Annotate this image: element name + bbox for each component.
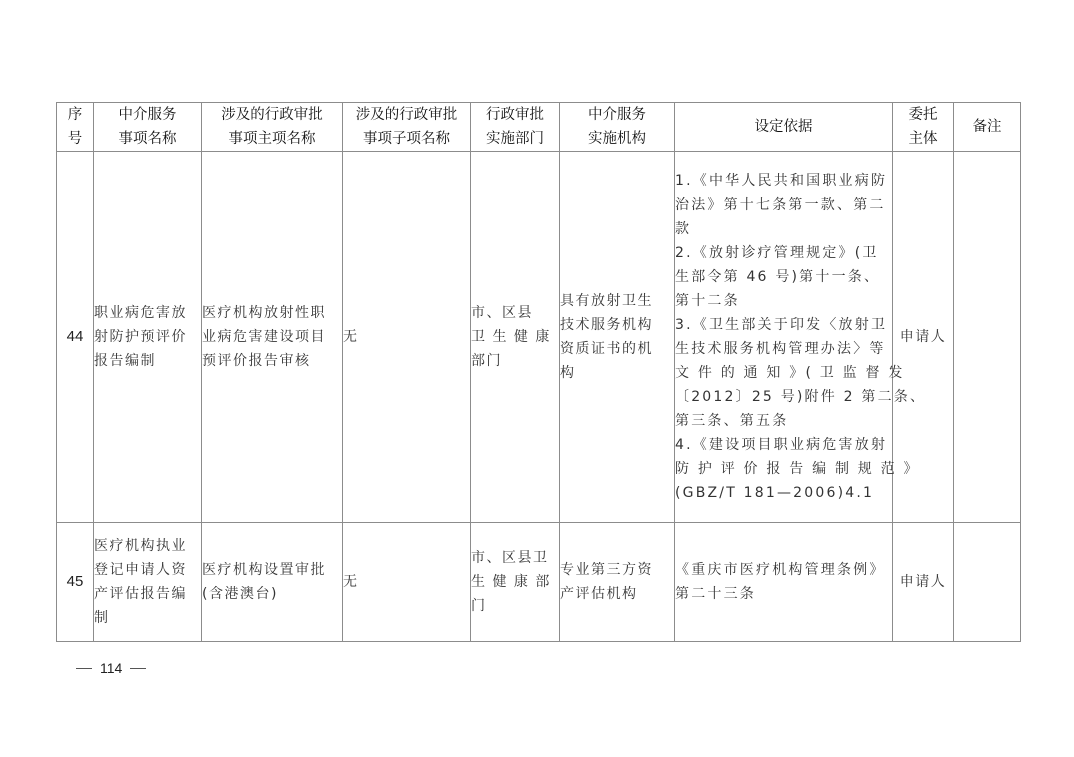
page-footer: 114 <box>76 660 146 676</box>
page-number: 114 <box>100 660 122 676</box>
row-seq: 44 <box>57 152 94 523</box>
header-approval-department: 行政审批 实施部门 <box>471 103 560 152</box>
table-row: 45 医疗机构执业 登记申请人资 产评估报告编 制 医疗机构设置审批 (含港澳台… <box>57 523 1021 642</box>
row-sub-approval-item: 无 <box>343 152 471 523</box>
row-remarks <box>954 523 1021 642</box>
row-service-agency: 具有放射卫生 技术服务机构 资质证书的机 构 <box>560 152 675 523</box>
row-sub-approval-item: 无 <box>343 523 471 642</box>
header-sub-approval-item: 涉及的行政审批 事项子项名称 <box>343 103 471 152</box>
row-remarks <box>954 152 1021 523</box>
row-approval-department: 市、区县 卫 生 健 康 部门 <box>471 152 560 523</box>
row-service-name: 医疗机构执业 登记申请人资 产评估报告编 制 <box>94 523 202 642</box>
row-approval-department: 市、区县卫 生 健 康 部 门 <box>471 523 560 642</box>
row-entrusting-party: 申请人 <box>893 523 954 642</box>
header-service-name: 中介服务 事项名称 <box>94 103 202 152</box>
document-page: 序 号 中介服务 事项名称 涉及的行政审批 事项主项名称 涉及的行政审批 事项子… <box>0 0 1074 757</box>
row-main-approval-item: 医疗机构设置审批 (含港澳台) <box>202 523 343 642</box>
row-service-name: 职业病危害放 射防护预评价 报告编制 <box>94 152 202 523</box>
intermediary-services-table: 序 号 中介服务 事项名称 涉及的行政审批 事项主项名称 涉及的行政审批 事项子… <box>56 102 1021 642</box>
header-remarks: 备注 <box>954 103 1021 152</box>
header-seq: 序 号 <box>57 103 94 152</box>
dash-right-icon <box>130 668 146 669</box>
header-service-agency: 中介服务 实施机构 <box>560 103 675 152</box>
table-row: 44 职业病危害放 射防护预评价 报告编制 医疗机构放射性职 业病危害建设项目 … <box>57 152 1021 523</box>
dash-left-icon <box>76 668 92 669</box>
row-service-agency: 专业第三方资 产评估机构 <box>560 523 675 642</box>
header-main-approval-item: 涉及的行政审批 事项主项名称 <box>202 103 343 152</box>
row-seq: 45 <box>57 523 94 642</box>
table-header-row: 序 号 中介服务 事项名称 涉及的行政审批 事项主项名称 涉及的行政审批 事项子… <box>57 103 1021 152</box>
header-entrusting-party: 委托 主体 <box>893 103 954 152</box>
row-main-approval-item: 医疗机构放射性职 业病危害建设项目 预评价报告审核 <box>202 152 343 523</box>
row-legal-basis: 1.《中华人民共和国职业病防 治法》第十七条第一款、第二 款 2.《放射诊疗管理… <box>675 152 893 523</box>
header-legal-basis: 设定依据 <box>675 103 893 152</box>
row-legal-basis: 《重庆市医疗机构管理条例》 第二十三条 <box>675 523 893 642</box>
